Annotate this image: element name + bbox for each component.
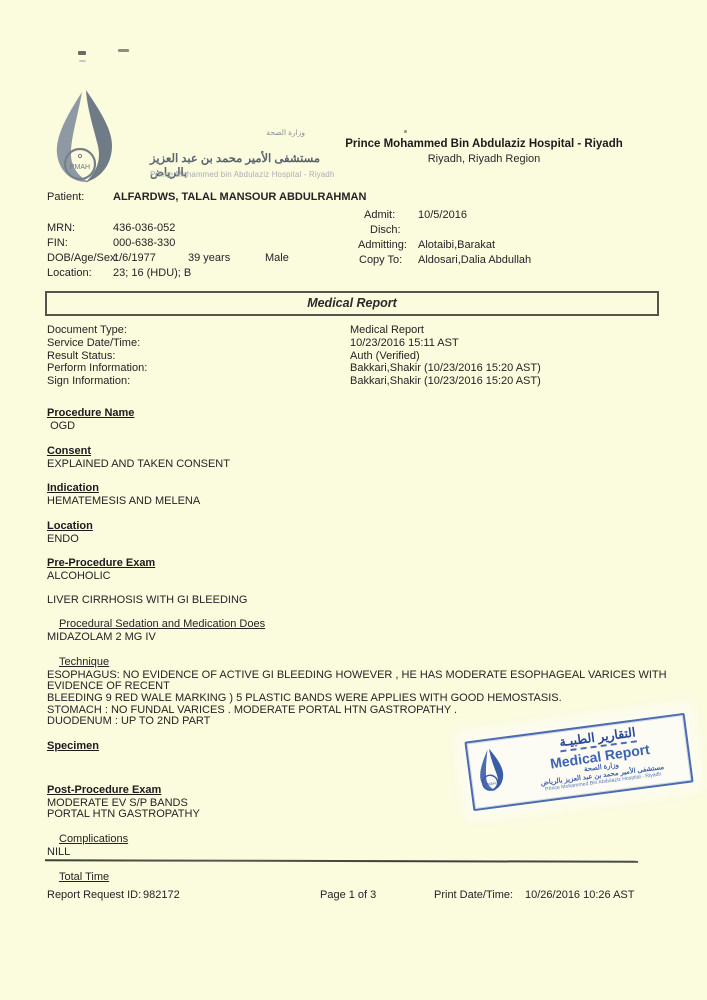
meta-label: Perform Information: [47,362,347,375]
section-pre-procedure-exam: Pre-Procedure Exam ALCOHOLIC LIVER CIRRH… [47,553,677,606]
meta-value: Medical Report [350,324,670,337]
meta-value: Auth (Verified) [350,350,670,363]
section-heading: Technique [59,657,109,669]
section-complications: Complications NILL [47,829,677,859]
stamp-logo-drop-icon: PMAH [472,745,516,800]
svg-text:PMAH: PMAH [485,781,496,786]
section-line: EXPLAINED AND TAKEN CONSENT [47,459,677,471]
location-value: 23; 16 (HDU); B [113,267,191,279]
section-heading: Procedure Name [47,408,134,420]
admitting-label: Admitting: [358,239,407,251]
ministry-label-arabic: وزارة الصحة [245,128,305,137]
section-technique: Technique ESOPHAGUS: NO EVIDENCE OF ACTI… [47,652,677,728]
patient-label: Patient: [47,191,84,203]
section-line: ENDO [47,534,677,546]
section-line: LIVER CIRRHOSIS WITH GI BLEEDING [47,595,677,607]
section-indication: Indication HEMATEMESIS AND MELENA [47,478,677,508]
copy-to-label: Copy To: [359,254,402,266]
mrn-value: 436-036-052 [113,222,175,234]
meta-label: Sign Information: [47,375,347,388]
section-heading: Indication [47,483,99,495]
admit-value: 10/5/2016 [418,209,467,221]
section-heading: Complications [59,834,128,846]
section-location: Location ENDO [47,516,677,546]
hospital-logo: PMAH [46,88,138,188]
hospital-region: Riyadh, Riyadh Region [338,153,630,165]
meta-value: Bakkari,Shakir (10/23/2016 15:20 AST) [350,362,670,375]
section-heading: Procedural Sedation and Medication Does [59,619,265,631]
section-procedural-sedation: Procedural Sedation and Medication Does … [47,614,677,644]
report-body: Procedure Name OGD Consent EXPLAINED AND… [47,403,677,893]
section-line [47,583,677,595]
scanned-medical-report-page: PMAH وزارة الصحة مستشفى الأمير محمد بن ع… [0,0,707,1000]
section-heading: Specimen [47,741,99,753]
hospital-header-block: Prince Mohammed Bin Abdulaziz Hospital -… [338,138,630,165]
copy-to-value: Aldosari,Dalia Abdullah [418,254,531,266]
section-procedure-name: Procedure Name OGD [47,403,677,433]
location-label: Location: [47,267,92,279]
report-request-id-label: Report Request ID: [47,889,141,901]
meta-label: Result Status: [47,350,347,363]
meta-labels: Document Type: Service Date/Time: Result… [47,324,347,388]
section-line: BLEEDING 9 RED WALE MARKING ) 5 PLASTIC … [47,693,677,705]
admitting-value: Alotaibi,Barakat [418,239,495,251]
disch-label: Disch: [370,224,401,236]
meta-values: Medical Report 10/23/2016 15:11 AST Auth… [350,324,670,388]
section-total-time: Total Time [47,867,677,885]
logo-acronym: PMAH [70,164,90,171]
scan-speck [118,49,129,52]
section-line: ALCOHOLIC [47,571,677,583]
section-heading: Consent [47,446,91,458]
sex-value: Male [265,252,289,264]
scan-speck [79,60,86,62]
meta-value: 10/23/2016 15:11 AST [350,337,670,350]
scan-speck [78,51,86,55]
meta-value: Bakkari,Shakir (10/23/2016 15:20 AST) [350,375,670,388]
fin-value: 000-638-330 [113,237,175,249]
fin-label: FIN: [47,237,68,249]
hospital-name-english-small: Prince Mohammed bin Abdulaziz Hospital -… [150,170,350,179]
meta-label: Document Type: [47,324,347,337]
hospital-title: Prince Mohammed Bin Abdulaziz Hospital -… [338,138,630,150]
scan-speck [404,130,407,133]
meta-label: Service Date/Time: [47,337,347,350]
report-title: Medical Report [307,296,397,310]
print-date-value: 10/26/2016 10:26 AST [525,889,634,901]
hospital-logo-drop-icon: PMAH [46,88,138,188]
report-request-id-value: 982172 [143,889,180,901]
section-line: NILL [47,847,677,859]
section-heading: Location [47,521,93,533]
dob-age-sex-label: DOB/Age/Sex: [47,252,119,264]
report-title-box: Medical Report [45,291,659,316]
admit-label: Admit: [364,209,395,221]
page-number: Page 1 of 3 [320,889,376,901]
section-line: OGD [47,421,677,433]
section-line: MIDAZOLAM 2 MG IV [47,632,677,644]
print-date-label: Print Date/Time: [434,889,513,901]
patient-name: ALFARDWS, TALAL MANSOUR ABDULRAHMAN [113,191,366,203]
section-heading: Post-Procedure Exam [47,785,161,797]
dob-value: 1/6/1977 [113,252,156,264]
section-line: PORTAL HTN GASTROPATHY [47,809,677,821]
age-value: 39 years [188,252,230,264]
mrn-label: MRN: [47,222,75,234]
section-heading: Total Time [59,872,109,884]
section-heading: Pre-Procedure Exam [47,558,155,570]
section-line: HEMATEMESIS AND MELENA [47,496,677,508]
section-consent: Consent EXPLAINED AND TAKEN CONSENT [47,441,677,471]
